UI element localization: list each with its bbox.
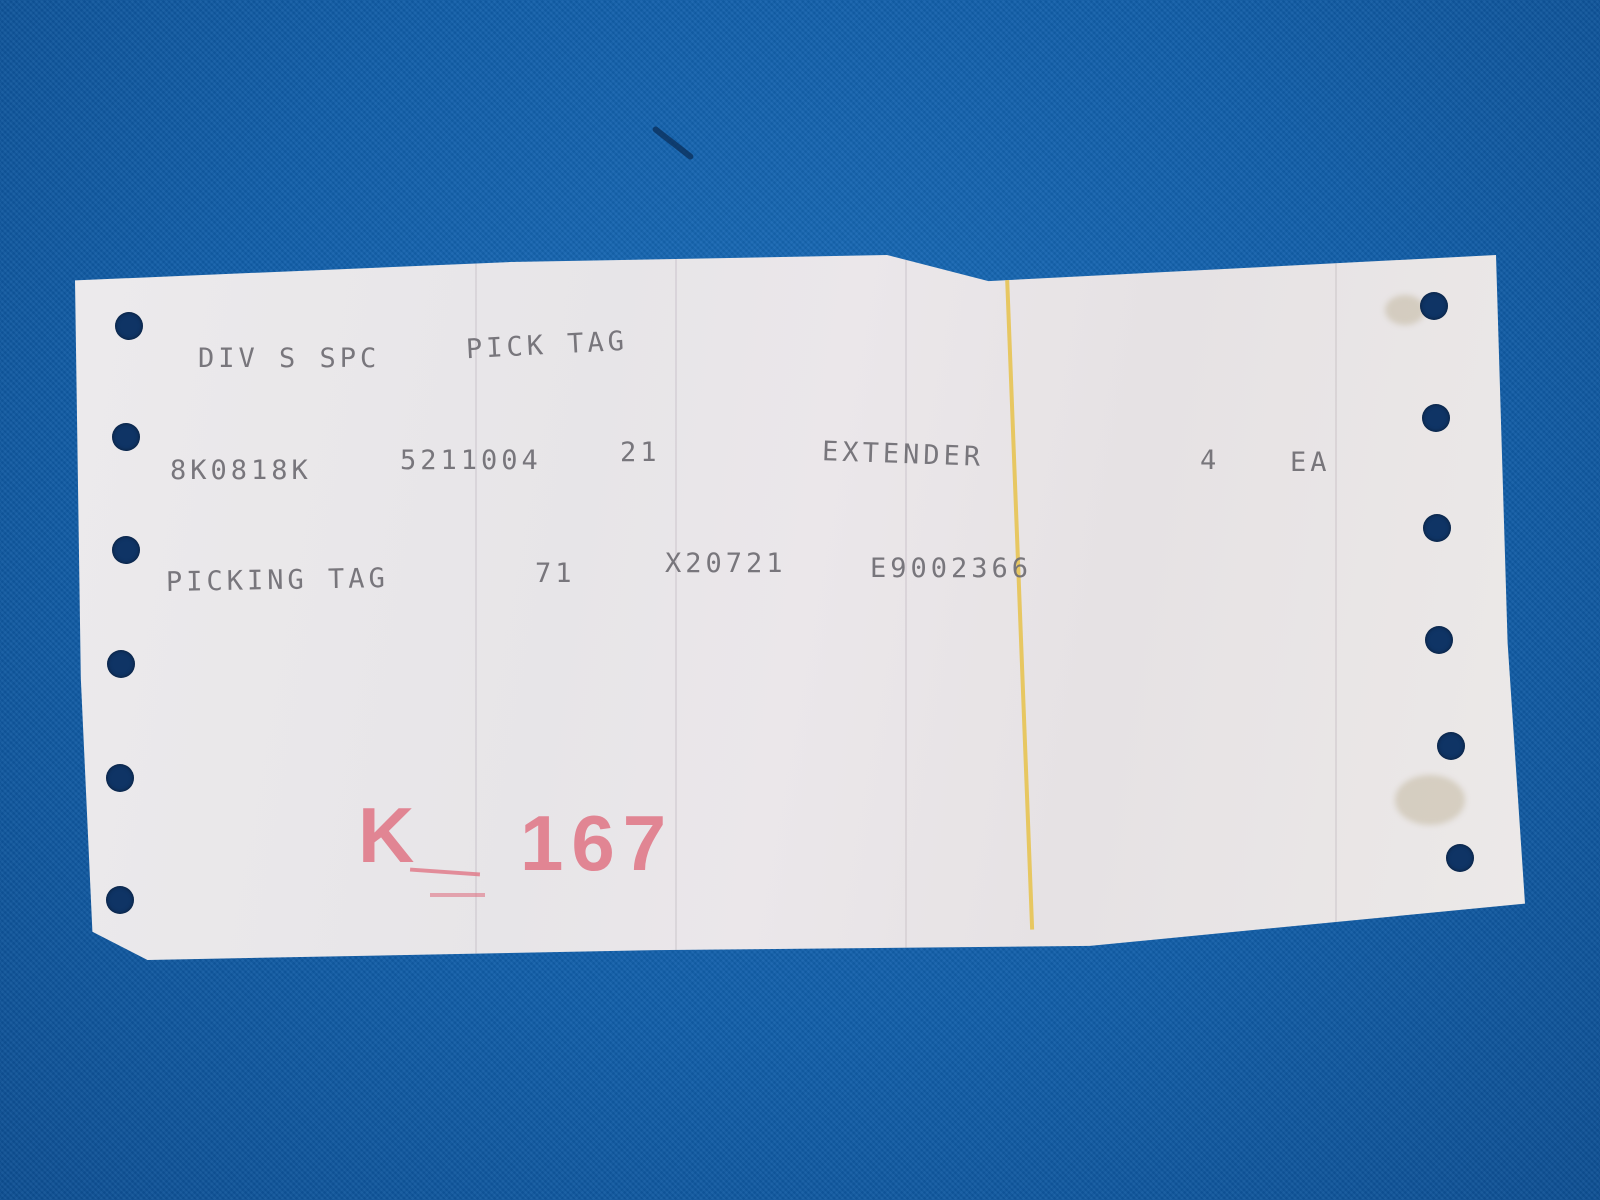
paper-stain [1385, 295, 1425, 325]
item-description: EXTENDER [822, 436, 985, 473]
part-number: 5211004 [400, 445, 542, 476]
footer-field-4: E9002366 [870, 553, 1032, 584]
tractor-hole-left [112, 536, 140, 564]
item-field-3: 21 [620, 437, 661, 468]
item-code: 8K0818K [170, 455, 312, 486]
paper-stain [1395, 775, 1465, 825]
tractor-hole-left [107, 650, 135, 678]
yellow-fold-line [1005, 275, 1034, 930]
footer-label: PICKING TAG [166, 563, 389, 598]
division-text: DIV S SPC [198, 343, 380, 374]
tractor-hole-left [106, 886, 134, 914]
tractor-hole-right [1425, 626, 1453, 654]
tractor-hole-left [112, 423, 140, 451]
tractor-hole-right [1423, 514, 1451, 542]
item-quantity: 4 [1200, 445, 1220, 476]
tractor-hole-right [1437, 732, 1465, 760]
tractor-hole-right [1446, 844, 1474, 872]
item-unit: EA [1290, 447, 1331, 478]
paper-crease [675, 255, 677, 960]
tractor-hole-right [1422, 404, 1450, 432]
tractor-hole-right [1420, 292, 1448, 320]
paper-crease [905, 255, 907, 960]
stamp-underline [430, 893, 485, 897]
paper-crease [1335, 255, 1337, 960]
footer-field-3: X20721 [665, 548, 787, 579]
footer-field-2: 71 [535, 558, 576, 589]
tractor-hole-left [115, 312, 143, 340]
tractor-hole-left [106, 764, 134, 792]
stamp-number: 167 [520, 798, 674, 889]
